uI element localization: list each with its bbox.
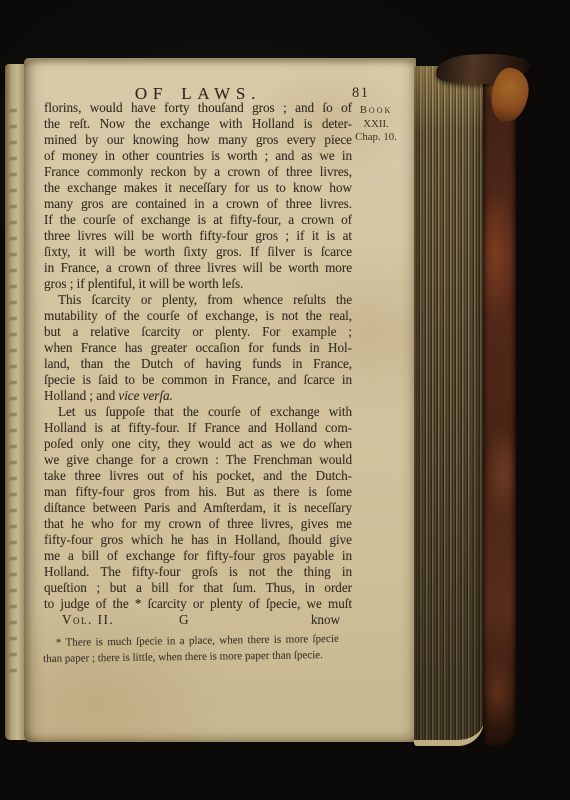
body-line: to judge of the * ſcarcity or plenty of …	[44, 596, 352, 612]
body-line: mutability of the courſe of exchange, is…	[44, 308, 352, 324]
body-line: queſtion ; but a bill for that ſum. Thus…	[44, 580, 352, 596]
body-line: gros ; if plentiful, it will be worth le…	[44, 276, 352, 292]
leather-cover	[483, 62, 516, 746]
body-line: This ſcarcity or plenty, from whence reſ…	[44, 292, 352, 308]
body-line: but a relative ſcarcity or plenty. For e…	[44, 324, 352, 340]
catchword: know	[311, 612, 340, 628]
book-fore-edge	[414, 66, 484, 746]
signature-row: Vol. II. G know	[44, 612, 352, 628]
body-line: florins, would have forty thouſand gros …	[44, 100, 352, 116]
body-line: Holland ; and vice verſa.	[44, 388, 352, 404]
footnote: * There is much ſpecie in a place, when …	[43, 632, 339, 668]
body-text: florins, would have forty thouſand gros …	[44, 100, 352, 628]
body-line: If the courſe of exchange is at fifty-fo…	[44, 212, 352, 228]
body-line: the exchange makes it neceſſary for us t…	[44, 180, 352, 196]
body-line: Let us ſuppoſe that the courſe of exchan…	[44, 404, 352, 420]
page-number: 81	[352, 85, 392, 102]
book-page: OF LAWS. 81 Book XXII. Chap. 10. florins…	[24, 58, 416, 742]
body-line: me a bill of exchange for fifty-four gro…	[44, 548, 352, 564]
body-line: in France, a crown of three livres will …	[44, 260, 352, 276]
body-line: the reſt. Now the exchange with Holland …	[44, 116, 352, 132]
body-line: three livres will be worth fifty-four gr…	[44, 228, 352, 244]
body-line: land, than the Dutch of having funds in …	[44, 356, 352, 372]
photo-background: OF LAWS. 81 Book XXII. Chap. 10. florins…	[0, 0, 570, 800]
body-line: many gros are contained in a crown of th…	[44, 196, 352, 212]
body-line: that he who for my crown of three livres…	[44, 516, 352, 532]
body-line: of money in other countries is worth ; a…	[44, 148, 352, 164]
body-line: when France has greater occaſion for fun…	[44, 340, 352, 356]
body-line: Holland is at fifty-four. If France and …	[44, 420, 352, 436]
body-line: France commonly reckon by a crown of thr…	[44, 164, 352, 180]
body-line: man fifty-four gros from his. But as the…	[44, 484, 352, 500]
body-line: mined by our knowing how many gros every…	[44, 132, 352, 148]
body-line: poſed only one city, they would act as w…	[44, 436, 352, 452]
body-line: fifty-four gros which he has in Holland,…	[44, 532, 352, 548]
body-line: Holland. The fifty-four groſs is not the…	[44, 564, 352, 580]
body-line: ſixty, it will be worth ſixty gros. If ſ…	[44, 244, 352, 260]
body-line: we give change for a crown : The Frenchm…	[44, 452, 352, 468]
body-line: ſpecie is ſaid to be common in France, a…	[44, 372, 352, 388]
gathering-mark: G	[179, 612, 188, 628]
body-line: take three livres out of his pocket, and…	[44, 468, 352, 484]
body-line: diſtance between Paris and Amſterdam, it…	[44, 500, 352, 516]
footnote-line: than paper ; there is little, when there…	[43, 648, 339, 668]
volume-label: Vol. II.	[62, 612, 114, 628]
